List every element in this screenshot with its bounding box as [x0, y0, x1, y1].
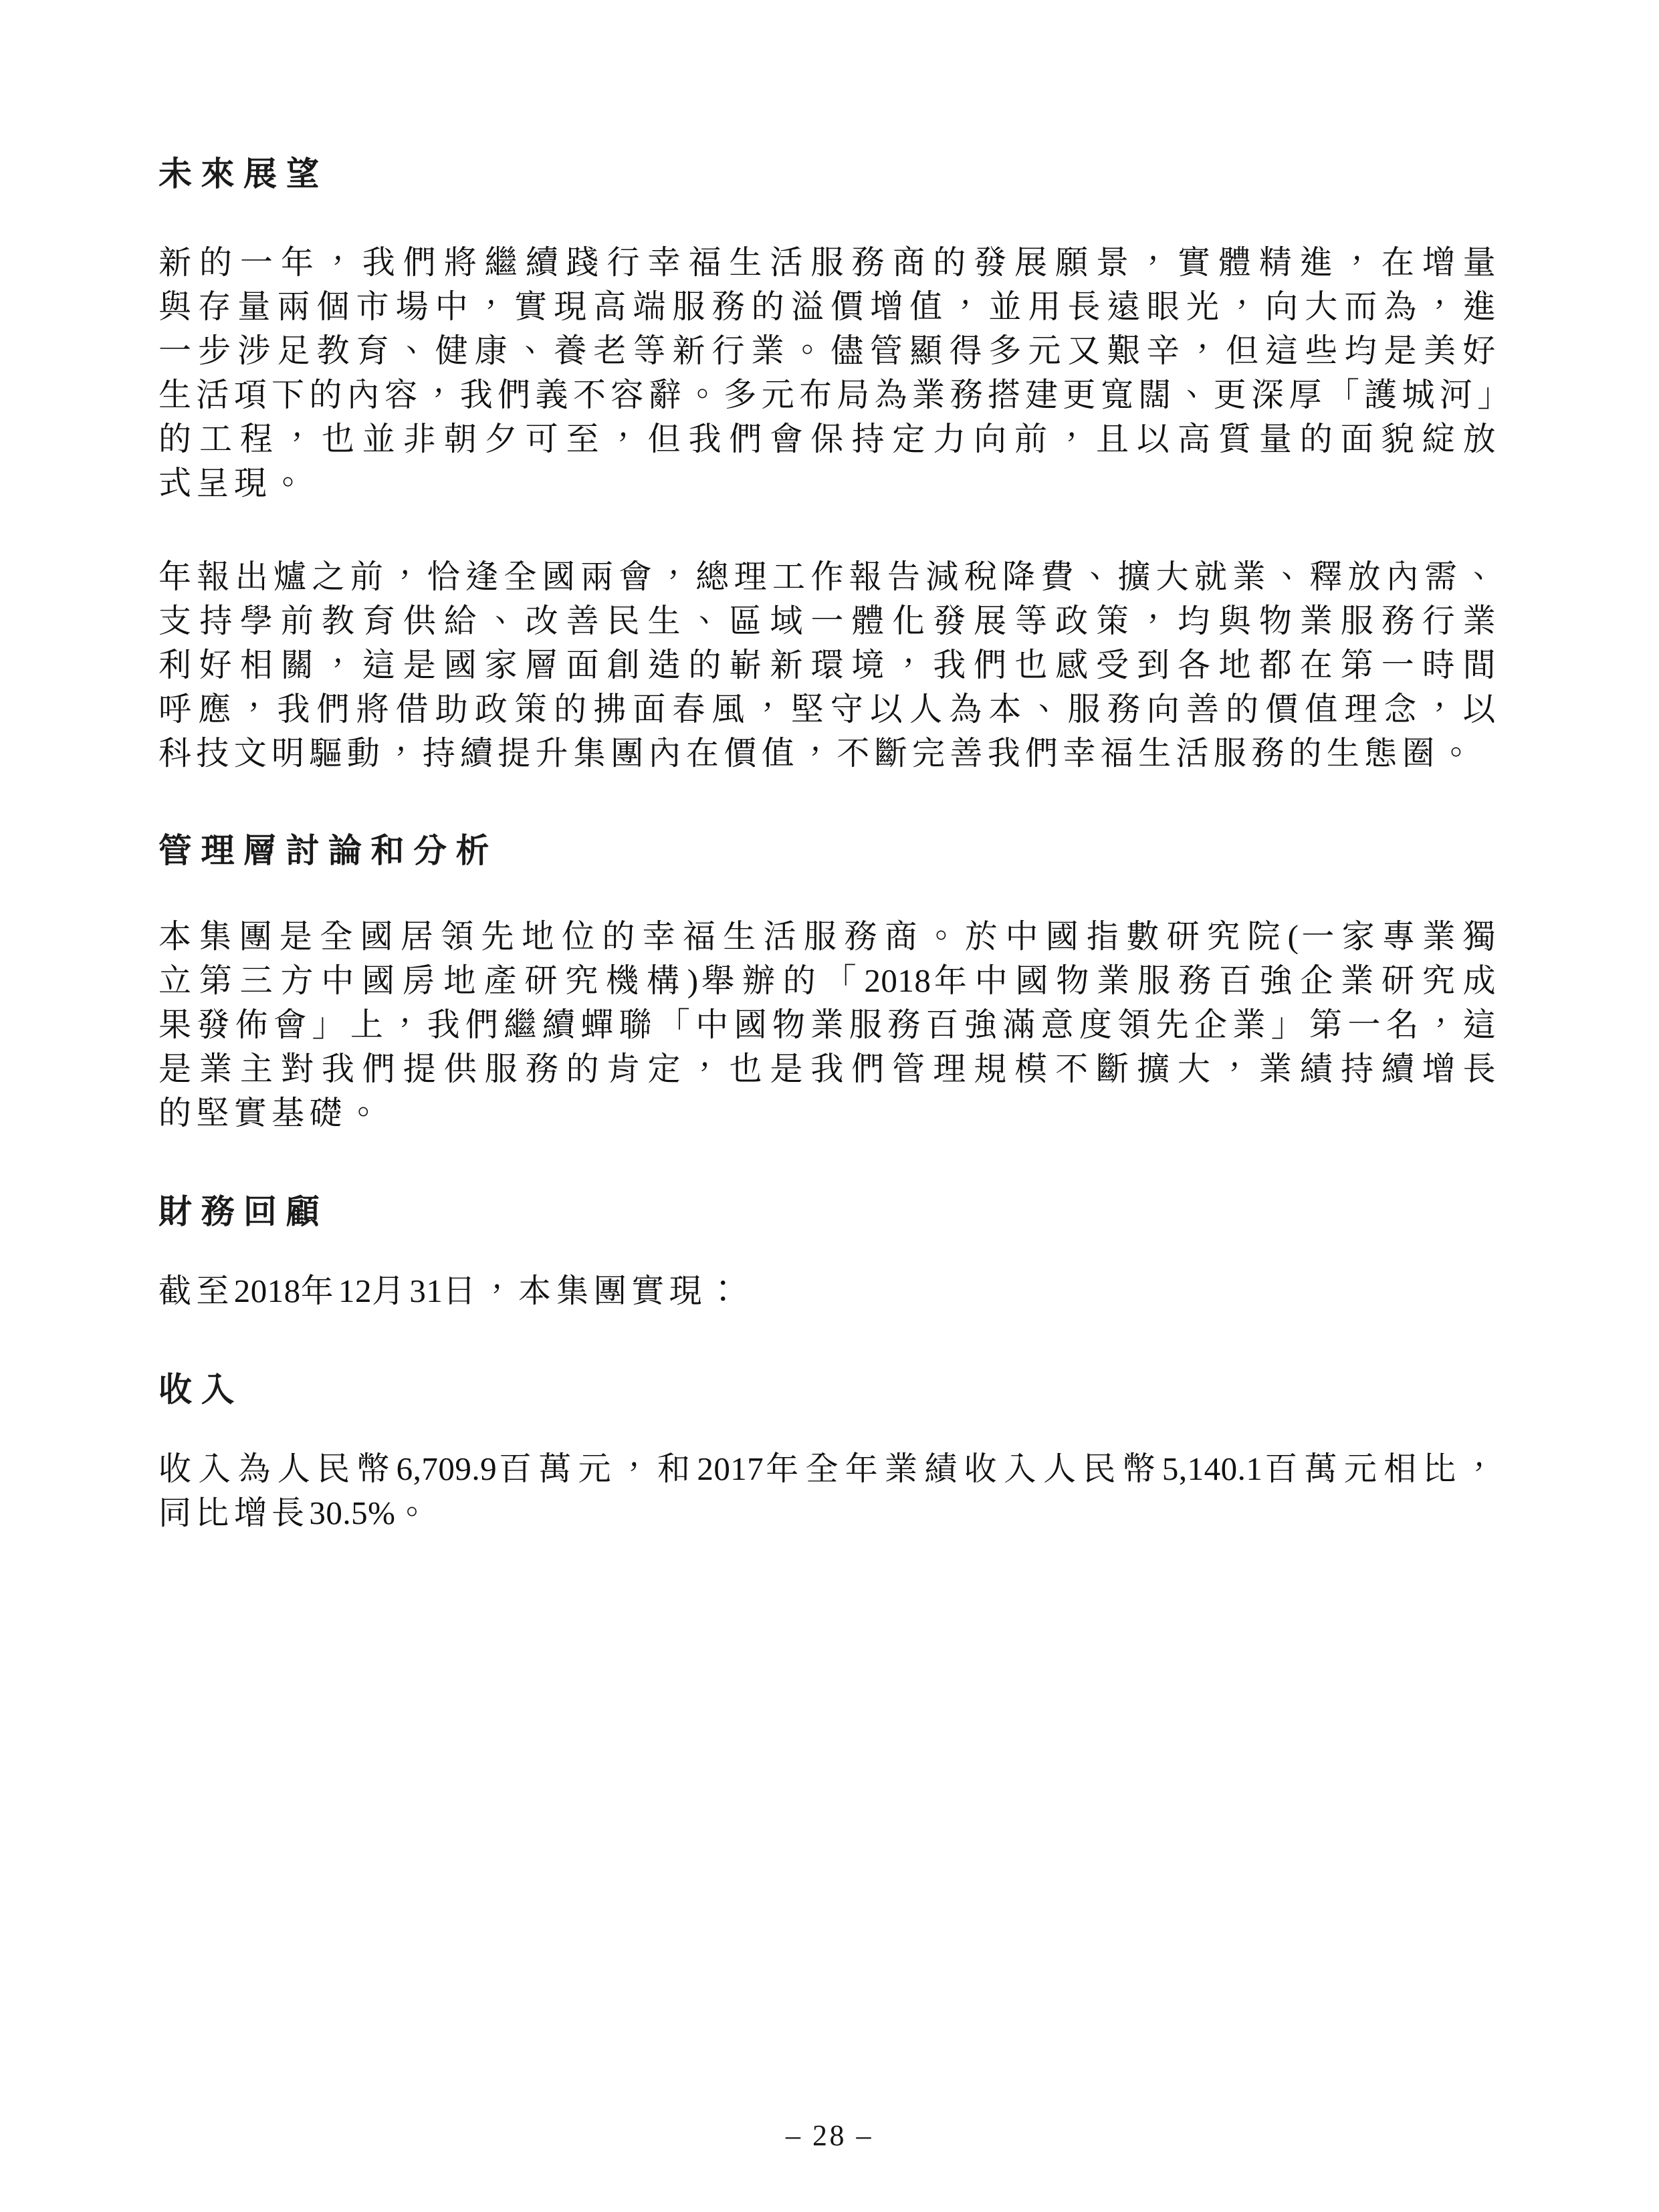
paragraph-line: 支持學前教育供給、改善民生、區域一體化發展等政策，均與物業服務行業: [158, 599, 1501, 643]
section-financial-review: 財務回顧 截至2018年12月31日，本集團實現：: [158, 1192, 1501, 1313]
paragraph-line: 與存量兩個市場中，實現高端服務的溢價增值，並用長遠眼光，向大而為，進: [158, 285, 1501, 329]
paragraph-line: 式呈現。: [158, 461, 1501, 506]
annual-report-page: 未來展望 新的一年，我們將繼續踐行幸福生活服務商的發展願景，實體精進，在增量與存…: [0, 0, 1659, 2212]
paragraph-line: 果發佈會」上，我們繼續蟬聯「中國物業服務百強滿意度領先企業」第一名，這: [158, 1003, 1501, 1047]
section-management-discussion: 管理層討論和分析 本集團是全國居領先地位的幸福生活服務商。於中國指數研究院(一家…: [158, 831, 1501, 1135]
management-discussion-paragraph: 本集團是全國居領先地位的幸福生活服務商。於中國指數研究院(一家專業獨立第三方中國…: [158, 915, 1501, 1135]
paragraph-line: 年報出爐之前，恰逢全國兩會，總理工作報告減稅降費、擴大就業、釋放內需、: [158, 555, 1501, 599]
paragraph-line: 是業主對我們提供服務的肯定，也是我們管理規模不斷擴大，業績持續增長: [158, 1047, 1501, 1091]
page-number: – 28 –: [0, 2118, 1659, 2152]
future-outlook-heading: 未來展望: [158, 154, 1501, 194]
paragraph-line: 的工程，也並非朝夕可至，但我們會保持定力向前，且以高質量的面貌綻放: [158, 417, 1501, 461]
paragraph-line: 立第三方中國房地產研究機構)舉辦的「2018年中國物業服務百強企業研究成: [158, 959, 1501, 1003]
paragraph-line: 截至2018年12月31日，本集團實現：: [158, 1269, 1501, 1313]
paragraph-line: 科技文明驅動，持續提升集團內在價值，不斷完善我們幸福生活服務的生態圈。: [158, 732, 1501, 776]
paragraph-line: 生活項下的內容，我們義不容辭。多元布局為業務搭建更寬闊、更深厚「護城河」: [158, 373, 1501, 417]
paragraph-line: 同比增長30.5%。: [158, 1491, 1501, 1535]
paragraph-line: 一步涉足教育、健康、養老等新行業。儘管顯得多元又艱辛，但這些均是美好: [158, 329, 1501, 373]
paragraph-line: 呼應，我們將借助政策的拂面春風，堅守以人為本、服務向善的價值理念，以: [158, 687, 1501, 732]
section-revenue: 收入 收入為人民幣6,709.9百萬元，和2017年全年業績收入人民幣5,140…: [158, 1369, 1501, 1535]
financial-review-paragraph: 截至2018年12月31日，本集團實現：: [158, 1269, 1501, 1313]
section-future-outlook: 未來展望 新的一年，我們將繼續踐行幸福生活服務商的發展願景，實體精進，在增量與存…: [158, 154, 1501, 776]
future-outlook-paragraph-1: 新的一年，我們將繼續踐行幸福生活服務商的發展願景，實體精進，在增量與存量兩個市場…: [158, 241, 1501, 506]
paragraph-line: 利好相關，這是國家層面創造的嶄新環境，我們也感受到各地都在第一時間: [158, 643, 1501, 687]
future-outlook-paragraph-2: 年報出爐之前，恰逢全國兩會，總理工作報告減稅降費、擴大就業、釋放內需、支持學前教…: [158, 555, 1501, 776]
paragraph-line: 新的一年，我們將繼續踐行幸福生活服務商的發展願景，實體精進，在增量: [158, 241, 1501, 285]
management-discussion-heading: 管理層討論和分析: [158, 831, 1501, 871]
page-content: 未來展望 新的一年，我們將繼續踐行幸福生活服務商的發展願景，實體精進，在增量與存…: [158, 0, 1501, 1535]
paragraph-line: 本集團是全國居領先地位的幸福生活服務商。於中國指數研究院(一家專業獨: [158, 915, 1501, 959]
financial-review-heading: 財務回顧: [158, 1192, 1501, 1232]
revenue-paragraph: 收入為人民幣6,709.9百萬元，和2017年全年業績收入人民幣5,140.1百…: [158, 1447, 1501, 1535]
revenue-heading: 收入: [158, 1369, 1501, 1410]
paragraph-line: 收入為人民幣6,709.9百萬元，和2017年全年業績收入人民幣5,140.1百…: [158, 1447, 1501, 1491]
paragraph-line: 的堅實基礎。: [158, 1091, 1501, 1135]
